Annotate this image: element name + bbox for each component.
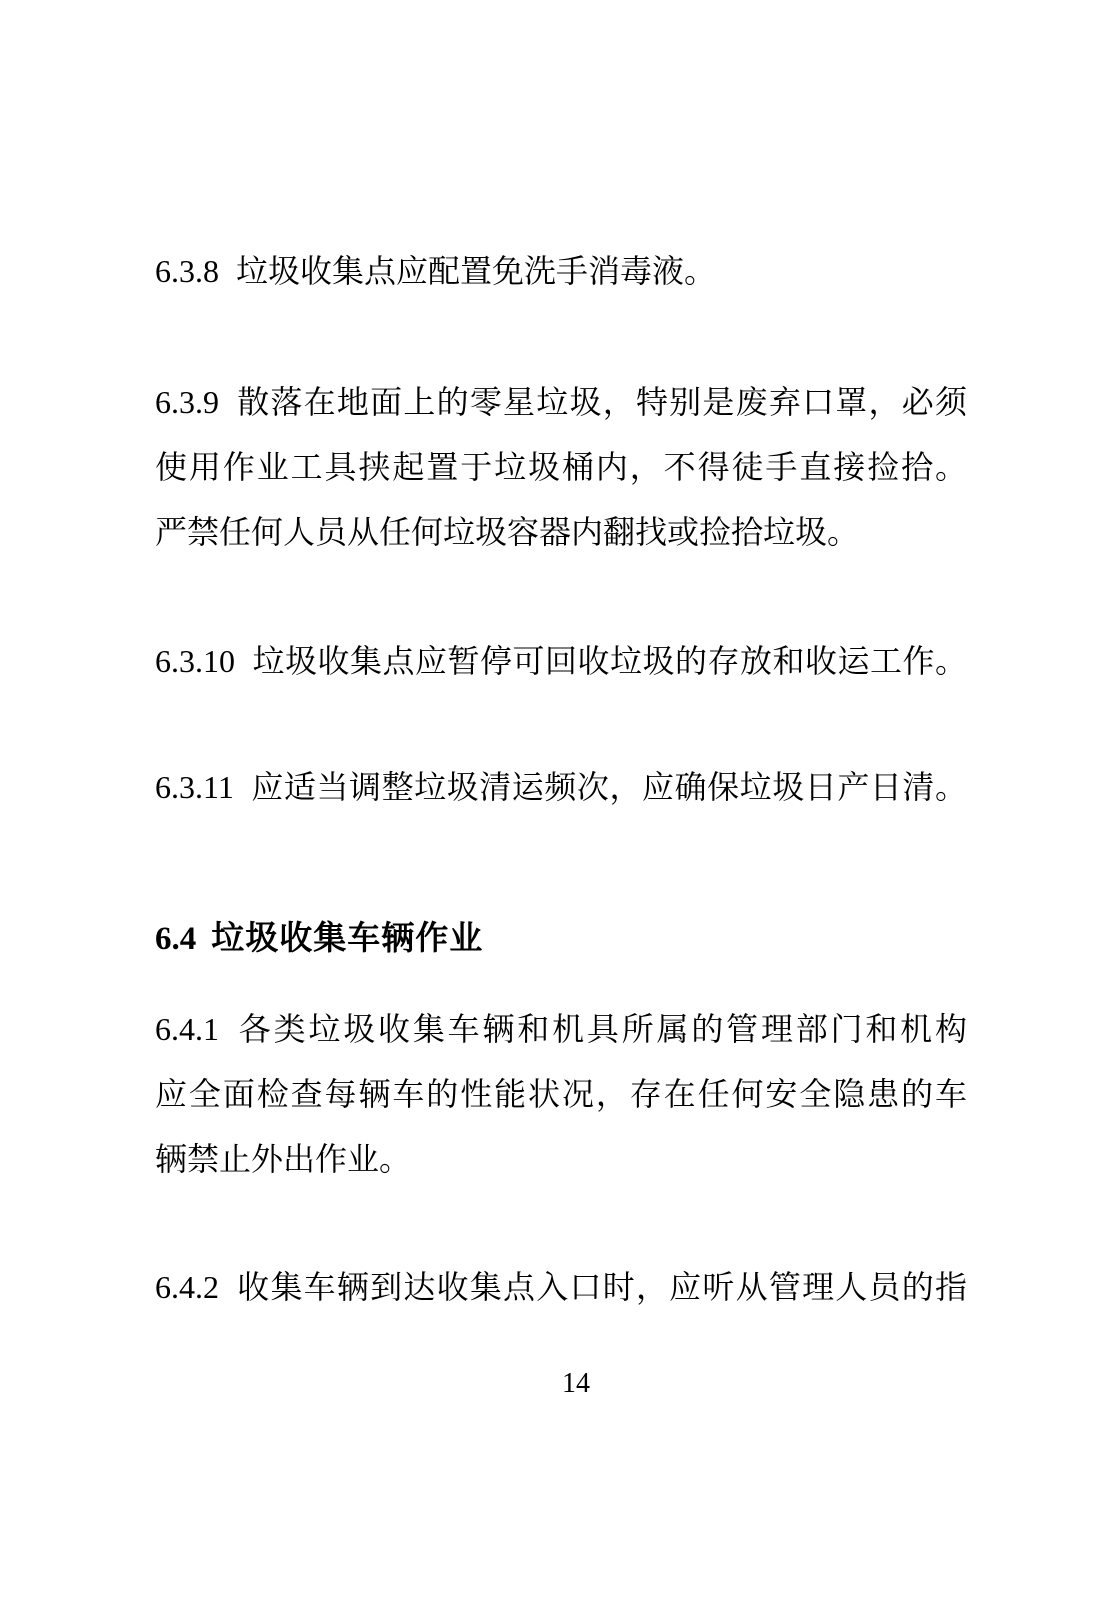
section-number: 6.3.8 — [155, 253, 219, 289]
paragraph-line: 6.3.11应适当调整垃圾清运频次，应确保垃圾日产日清。 — [155, 755, 967, 820]
section-text: 垃圾收集点应配置免洗手消毒液。 — [236, 253, 716, 289]
page-number: 14 — [0, 1370, 1102, 1398]
section-number: 6.4.2 — [155, 1269, 219, 1305]
section-6-3-10: 6.3.10垃圾收集点应暂停可回收垃圾的存放和收运工作。 — [155, 629, 967, 694]
section-text: 散落在地面上的零星垃圾，特别是废弃口罩，必须 — [236, 384, 967, 420]
section-6-4-2: 6.4.2收集车辆到达收集点入口时，应听从管理人员的指 — [155, 1255, 967, 1320]
section-text: 垃圾收集点应暂停可回收垃圾的存放和收运工作。 — [252, 643, 967, 679]
section-text: 应适当调整垃圾清运频次，应确保垃圾日产日清。 — [251, 769, 967, 805]
section-6-3-8: 6.3.8垃圾收集点应配置免洗手消毒液。 — [155, 239, 967, 304]
section-6-3-9: 6.3.9散落在地面上的零星垃圾，特别是废弃口罩，必须 使用作业工具挟起置于垃圾… — [155, 370, 967, 565]
paragraph-line: 严禁任何人员从任何垃圾容器内翻找或捡拾垃圾。 — [155, 500, 967, 565]
paragraph-line: 辆禁止外出作业。 — [155, 1127, 967, 1192]
paragraph-line: 6.3.9散落在地面上的零星垃圾，特别是废弃口罩，必须 — [155, 370, 967, 435]
paragraph-line: 使用作业工具挟起置于垃圾桶内，不得徒手直接捡拾。 — [155, 435, 967, 500]
paragraph-line: 6.4.1各类垃圾收集车辆和机具所属的管理部门和机构 — [155, 997, 967, 1062]
section-number: 6.4 — [155, 921, 196, 957]
section-number: 6.4.1 — [155, 1011, 219, 1047]
paragraph-line: 应全面检查每辆车的性能状况，存在任何安全隐患的车 — [155, 1062, 967, 1127]
paragraph-line: 6.4.2收集车辆到达收集点入口时，应听从管理人员的指 — [155, 1255, 967, 1320]
paragraph-line: 6.3.10垃圾收集点应暂停可回收垃圾的存放和收运工作。 — [155, 629, 967, 694]
paragraph-line: 6.3.8垃圾收集点应配置免洗手消毒液。 — [155, 239, 967, 304]
heading-line: 6.4垃圾收集车辆作业 — [155, 905, 967, 972]
section-6-3-11: 6.3.11应适当调整垃圾清运频次，应确保垃圾日产日清。 — [155, 755, 967, 820]
section-6-4-1: 6.4.1各类垃圾收集车辆和机具所属的管理部门和机构 应全面检查每辆车的性能状况… — [155, 997, 967, 1192]
heading-text: 垃圾收集车辆作业 — [211, 919, 483, 956]
section-text: 收集车辆到达收集点入口时，应听从管理人员的指 — [236, 1269, 967, 1305]
section-number: 6.3.10 — [155, 643, 235, 679]
document-page: 6.3.8垃圾收集点应配置免洗手消毒液。 6.3.9散落在地面上的零星垃圾，特别… — [0, 0, 1102, 1598]
section-number: 6.3.11 — [155, 769, 234, 805]
section-heading-6-4: 6.4垃圾收集车辆作业 — [155, 905, 967, 972]
section-number: 6.3.9 — [155, 384, 219, 420]
section-text: 各类垃圾收集车辆和机具所属的管理部门和机构 — [236, 1011, 967, 1047]
